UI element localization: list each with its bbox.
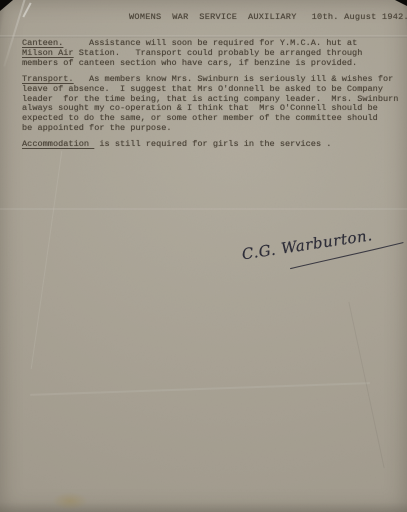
typewritten-line: Accommodation is still required for girl… bbox=[22, 140, 399, 150]
paragraph-transport: Transport. As members know Mrs. Swinburn… bbox=[22, 75, 399, 134]
document-title: WOMENS WAR SERVICE AUXILIARY bbox=[129, 13, 297, 23]
paper-stain bbox=[52, 492, 88, 510]
text-segment: members of canteen section who have cars… bbox=[22, 58, 357, 68]
text-segment: Assistance will soon be required for Y.M… bbox=[63, 38, 357, 48]
paragraph-accommodation: Accommodation is still required for girl… bbox=[22, 140, 399, 150]
paper-crease bbox=[348, 302, 384, 468]
text-segment: always sought my co-operation & I think … bbox=[22, 103, 378, 113]
paper-crease bbox=[0, 208, 407, 210]
document-body: Canteen. Assistance will soon be require… bbox=[22, 39, 399, 157]
underlined-heading-text: Transport. bbox=[22, 74, 74, 84]
photo-backdrop-corner bbox=[395, 0, 407, 6]
text-segment: is still required for girls in the servi… bbox=[94, 139, 331, 149]
typewritten-line: be appointed for the purpose. bbox=[22, 124, 399, 134]
document-header: WOMENS WAR SERVICE AUXILIARY 10th. Augus… bbox=[0, 13, 407, 23]
underlined-heading-text: Accommodation bbox=[22, 139, 94, 149]
text-segment: expected to do the same, or some other m… bbox=[22, 113, 378, 123]
text-segment: Station. Transport could probably be arr… bbox=[74, 48, 363, 58]
document-date: 10th. August 1942. bbox=[312, 13, 407, 23]
paper-crease bbox=[30, 382, 370, 396]
underlined-heading-text: Milson Air bbox=[22, 48, 74, 58]
text-segment: be appointed for the purpose. bbox=[22, 123, 172, 133]
paper-crease bbox=[31, 151, 63, 369]
photo-backdrop-corner bbox=[0, 0, 13, 11]
paper-sheet: WOMENS WAR SERVICE AUXILIARY 10th. Augus… bbox=[0, 0, 407, 512]
typewritten-line: members of canteen section who have cars… bbox=[22, 59, 399, 69]
underlined-heading-text: Canteen. bbox=[22, 38, 63, 48]
text-segment: As members know Mrs. Swinburn is serious… bbox=[74, 74, 394, 84]
text-segment: leave of absence. I suggest that Mrs O'd… bbox=[22, 84, 383, 94]
scanned-document-photo: { "document": { "header": { "title": "WO… bbox=[0, 0, 407, 512]
paragraph-canteen: Canteen. Assistance will soon be require… bbox=[22, 39, 399, 68]
handwritten-signature: C.G. Warburton. bbox=[241, 221, 407, 289]
